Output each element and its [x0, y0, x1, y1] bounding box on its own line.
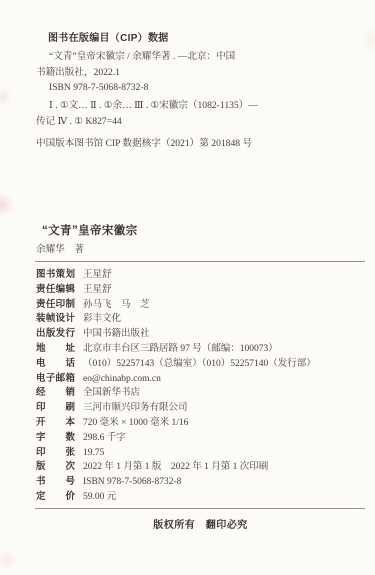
- colophon-row: 印张19.75: [36, 446, 367, 461]
- colophon-value: 59.00 元: [83, 490, 116, 505]
- colophon-row: 责任印制孙马飞 马 芝: [36, 298, 367, 313]
- colophon-value: （010）52257143（总编室）（010）52257140（发行部）: [83, 357, 316, 372]
- cip-class-line: 传记 Ⅳ . ① K827=44: [36, 114, 346, 130]
- colophon-label: 开本: [36, 416, 75, 431]
- colophon-row: 开本720 毫米 × 1000 毫米 1/16: [36, 416, 367, 431]
- colophon-row: 字数298.6 千字: [36, 431, 367, 446]
- colophon-label: 电子邮箱: [36, 372, 75, 387]
- colophon-value: ISBN 978-7-5068-8732-8: [83, 475, 181, 490]
- colophon-row: 书号ISBN 978-7-5068-8732-8: [36, 475, 367, 490]
- colophon-value: 孙马飞 马 芝: [83, 298, 150, 313]
- colophon-row: 经销全国新华书店: [36, 386, 367, 401]
- colophon-row: 印刷三河市顺兴印务有限公司: [36, 401, 367, 416]
- colophon-value: 彩丰文化: [83, 312, 121, 327]
- colophon-label: 地址: [36, 342, 75, 357]
- colophon-value: 2022 年 1 月第 1 版 2022 年 1 月第 1 次印刷: [83, 460, 268, 475]
- colophon-label: 书号: [36, 475, 75, 490]
- colophon-label: 装帧设计: [36, 312, 75, 327]
- cip-record-notice: 中国版本图书馆 CIP 数据核字（2021）第 201848 号: [36, 135, 252, 149]
- colophon-row: 版次2022 年 1 月第 1 版 2022 年 1 月第 1 次印刷: [36, 460, 367, 475]
- colophon-value: 298.6 千字: [83, 431, 126, 446]
- copyright-notice: 版权所有 翻印必究: [36, 516, 365, 531]
- colophon-value: 19.75: [83, 446, 104, 461]
- colophon-row: 定价59.00 元: [36, 490, 367, 505]
- cip-para-line: 书籍出版社，2022.1: [36, 65, 346, 81]
- colophon-row: 装帧设计彩丰文化: [36, 312, 367, 327]
- colophon-value: 720 毫米 × 1000 毫米 1/16: [83, 416, 188, 431]
- colophon-value: 中国书籍出版社: [83, 327, 150, 342]
- colophon-value: 王星舒: [83, 268, 112, 283]
- divider-top: [35, 261, 365, 262]
- colophon-label: 字数: [36, 431, 75, 446]
- colophon-label: 图书策划: [36, 268, 75, 283]
- cip-paragraph: “文青”皇帝宋徽宗 / 余耀华著 . —北京：中国 书籍出版社，2022.1 I…: [36, 49, 346, 96]
- colophon-label: 责任印制: [36, 298, 75, 313]
- colophon-row: 责任编辑王星舒: [36, 283, 367, 298]
- colophon-label: 经销: [36, 386, 75, 401]
- colophon-value: 北京市丰台区三路居路 97 号（邮编：100073）: [83, 342, 278, 357]
- colophon-label: 印张: [36, 446, 75, 461]
- colophon-value: 三河市顺兴印务有限公司: [83, 401, 188, 416]
- cip-class-line: Ⅰ . ①文… Ⅱ . ①余… Ⅲ . ①宋徽宗（1082-1135）—: [36, 98, 346, 114]
- colophon-row: 出版发行中国书籍出版社: [36, 327, 367, 342]
- colophon-label: 定价: [36, 490, 75, 505]
- cip-isbn-line: ISBN 978-7-5068-8732-8: [36, 80, 346, 96]
- divider-bottom: [35, 508, 365, 509]
- colophon-value: eo@chinabp.com.cn: [83, 372, 161, 387]
- colophon-label: 版次: [36, 460, 75, 475]
- colophon-label: 电话: [36, 357, 75, 372]
- colophon-label: 责任编辑: [36, 283, 75, 298]
- colophon-label: 出版发行: [36, 327, 75, 342]
- colophon-row: 电话（010）52257143（总编室）（010）52257140（发行部）: [36, 357, 367, 372]
- book-title: “文青”皇帝宋徽宗: [42, 222, 138, 238]
- cip-para-line: “文青”皇帝宋徽宗 / 余耀华著 . —北京：中国: [36, 49, 346, 65]
- book-author: 余耀华 著: [36, 241, 84, 255]
- colophon-value: 王星舒: [83, 283, 112, 298]
- colophon-row: 电子邮箱eo@chinabp.com.cn: [36, 372, 367, 387]
- colophon-row: 图书策划王星舒: [36, 268, 367, 283]
- cip-classification: Ⅰ . ①文… Ⅱ . ①余… Ⅲ . ①宋徽宗（1082-1135）— 传记 …: [36, 98, 346, 129]
- colophon-label: 印刷: [36, 401, 75, 416]
- colophon-list: 图书策划王星舒 责任编辑王星舒 责任印制孙马飞 马 芝 装帧设计彩丰文化 出版发…: [36, 268, 367, 505]
- colophon-value: 全国新华书店: [83, 386, 140, 401]
- colophon-row: 地址北京市丰台区三路居路 97 号（邮编：100073）: [36, 342, 367, 357]
- cip-heading: 图书在版编目（CIP）数据: [48, 29, 169, 44]
- copyright-page: 图书在版编目（CIP）数据 “文青”皇帝宋徽宗 / 余耀华著 . —北京：中国 …: [0, 0, 375, 575]
